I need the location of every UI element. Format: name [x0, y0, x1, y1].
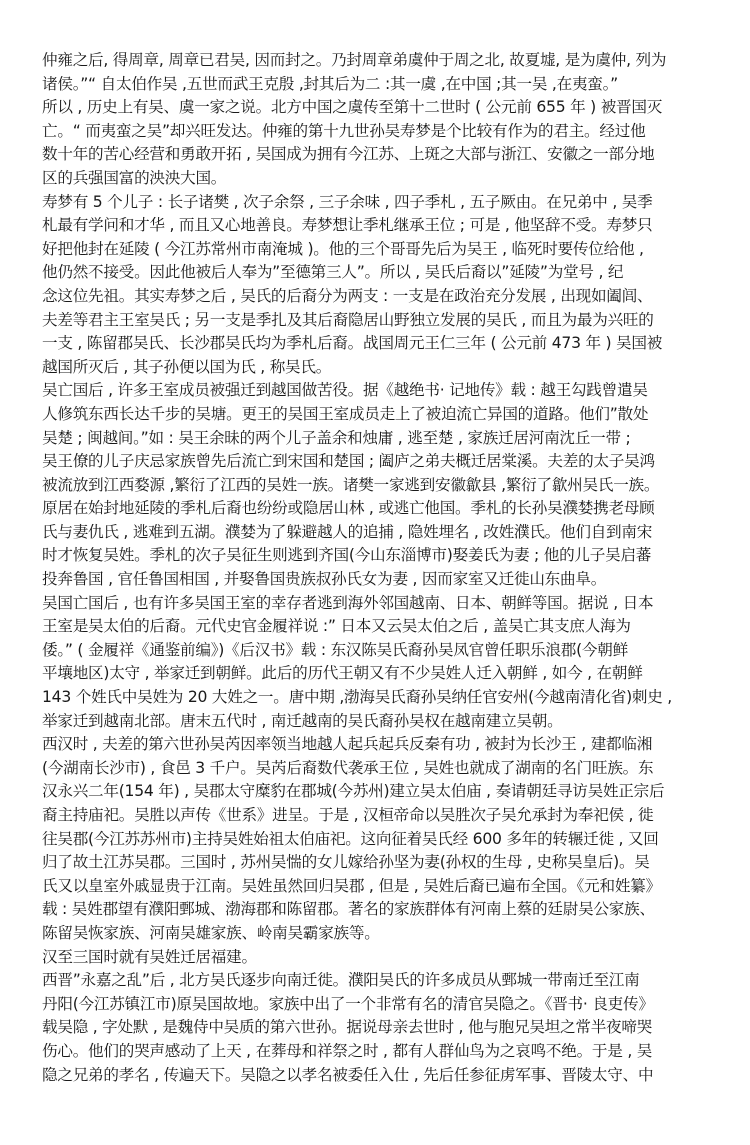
text-line: 王室是吴太伯的后裔。元代史官金履祥说 :” 日本又云吴太伯之后 , 盖吴亡其支庶… — [42, 615, 664, 639]
paragraph-fujian: 汉至三国时就有吴姓迁居福建。 — [42, 946, 664, 970]
text-line: 143 个姓氏中吴姓为 20 大姓之一。唐中期 ,渤海吴氏裔孙吴纳任官安州(今越… — [42, 686, 664, 710]
text-line: (今湖南长沙市) , 食邑 3 千户。吴芮后裔数代袭承王位 , 吴姓也就成了湖南… — [42, 757, 664, 781]
text-line: 西晋”永嘉之乱”后 , 北方吴氏逐步向南迁徙。濮阳吴氏的许多成员从鄄城一带南迁至… — [42, 969, 664, 993]
text-line: 倭。” ( 金履祥《通鉴前编》)《后汉书》载 : 东汉陈吴氏裔孙吴凤官曾任职乐浪… — [42, 639, 664, 663]
text-line: 仲雍之后, 得周章, 周章已君吴, 因而封之。乃封周章弟虞仲于周之北, 故夏墟,… — [42, 49, 664, 73]
text-line: 吴亡国后 , 许多王室成员被强迁到越国做苦役。据《越绝书· 记地传》载 : 越王… — [42, 379, 664, 403]
text-line: 丹阳(今江苏镇江市)原吴国故地。家族中出了一个非常有名的清官吴隐之。《晋书· 良… — [42, 993, 664, 1017]
text-line: 诸侯。”“ 自太伯作吴 ,五世而武王克殷 ,封其后为二 :其一虞 ,在中国 ;其… — [42, 73, 664, 97]
text-line: 归了故土江苏吴郡。三国时 , 苏州吴惴的女儿嫁给孙坚为妻(孙权的生母 , 史称吴… — [42, 851, 664, 875]
text-line: 区的兵强国富的泱泱大国。 — [42, 167, 664, 191]
text-line: 原居在始封地延陵的季札后裔也纷纷或隐居山林 , 或逃亡他国。季札的长孙吴濮婪携老… — [42, 497, 664, 521]
text-line: 吴楚 ; 闽越间。”如 : 吴王余昧的两个儿子盖余和烛庸 , 逃至楚 , 家族迁… — [42, 427, 664, 451]
paragraph-shoumeng-sons: 寿梦有 5 个儿子 : 长子诸樊 , 次子余祭 , 三子余味 , 四子季札 , … — [42, 191, 664, 380]
text-line: 隐之兄弟的孝名 , 传遍天下。吴隐之以孝名被委任入仕 , 先后任参征虏军事、晋陵… — [42, 1064, 664, 1088]
paragraph-after-fall: 吴亡国后 , 许多王室成员被强迁到越国做苦役。据《越绝书· 记地传》载 : 越王… — [42, 379, 664, 591]
paragraph-wu-yu-origin: 仲雍之后, 得周章, 周章已君吴, 因而封之。乃封周章弟虞仲于周之北, 故夏墟,… — [42, 49, 664, 191]
text-line: 时才恢复吴姓。季札的次子吴征生则逃到齐国(今山东淄博市)娶姜氏为妻 ; 他的儿子… — [42, 544, 664, 568]
document-page: 仲雍之后, 得周章, 周章已君吴, 因而封之。乃封周章弟虞仲于周之北, 故夏墟,… — [0, 0, 750, 1145]
text-line: 汉至三国时就有吴姓迁居福建。 — [42, 946, 664, 970]
text-line: 裔主持庙祀。吴胜以声传《世系》进呈。于是 , 汉桓帝命以吴胜次子吴允承封为奉祀侯… — [42, 804, 664, 828]
text-line: 平壤地区)太守 , 举家迁到朝鲜。此后的历代王朝又有不少吴姓人迁入朝鲜 , 如今… — [42, 662, 664, 686]
document-body: 仲雍之后, 得周章, 周章已君吴, 因而封之。乃封周章弟虞仲于周之北, 故夏墟,… — [42, 49, 664, 1087]
text-line: 陈留吴恢家族、河南吴雄家族、岭南吴霸家族等。 — [42, 922, 664, 946]
text-line: 数十年的苦心经营和勇敢开拓 , 吴国成为拥有今江苏、上斑之大部与浙江、安徽之一部… — [42, 143, 664, 167]
text-line: 西汉时 , 夫差的第六世孙吴芮因率领当地越人起兵起兵反秦有功 , 被封为长沙王 … — [42, 733, 664, 757]
text-line: 汉永兴二年(154 年) , 吴郡太守糜豹在郡城(今苏州)建立吴太伯庙 , 奏请… — [42, 780, 664, 804]
text-line: 氏又以皇室外戚显贵于江南。吴姓虽然回归吴郡 , 但是 , 吴姓后裔已遍布全国。《… — [42, 875, 664, 899]
text-line: 人修筑东西长达千步的吴塘。更王的吴国王室成员走上了被迫流亡异国的道路。他们”散处 — [42, 403, 664, 427]
paragraph-western-jin: 西晋”永嘉之乱”后 , 北方吴氏逐步向南迁徙。濮阳吴氏的许多成员从鄄城一带南迁至… — [42, 969, 664, 1087]
text-line: 被流放到江西婺源 ,繁衍了江西的吴姓一族。诸樊一家逃到安徽歙县 ,繁衍了歙州吴氏… — [42, 474, 664, 498]
text-line: 投奔鲁国 , 官任鲁国相国 , 并娶鲁国贵族叔孙氏女为妻 , 因而家室又迁徙山东… — [42, 568, 664, 592]
paragraph-western-han: 西汉时 , 夫差的第六世孙吴芮因率领当地越人起兵起兵反秦有功 , 被封为长沙王 … — [42, 733, 664, 945]
text-line: 夫差等君主王室吴氏 ; 另一支是季扎及其后裔隐居山野独立发展的吴氏 , 而且为最… — [42, 309, 664, 333]
text-line: 举家迁到越南北部。唐末五代时 , 南迁越南的吴氏裔孙吴权在越南建立吴朝。 — [42, 710, 664, 734]
text-line: 载吴隐 , 字处默 , 是魏侍中吴质的第六世孙。据说母亲去世时 , 他与胞兄吴坦… — [42, 1016, 664, 1040]
paragraph-overseas: 吴国亡国后 , 也有许多吴国王室的幸存者逃到海外邻国越南、日本、朝鲜等国。据说 … — [42, 592, 664, 734]
text-line: 一支 , 陈留郡吴氏、长沙郡吴氏均为季札后裔。战国周元王仁三年 ( 公元前 47… — [42, 332, 664, 356]
text-line: 吴国亡国后 , 也有许多吴国王室的幸存者逃到海外邻国越南、日本、朝鲜等国。据说 … — [42, 592, 664, 616]
text-line: 寿梦有 5 个儿子 : 长子诸樊 , 次子余祭 , 三子余味 , 四子季札 , … — [42, 191, 664, 215]
text-line: 往吴郡(今江苏苏州市)主持吴姓始祖太伯庙祀。这向征着吴氏经 600 多年的转辗迁… — [42, 828, 664, 852]
text-line: 他仍然不接受。因此他被后人奉为”至德第三人”。所以 , 吴氏后裔以”延陵”为堂号… — [42, 261, 664, 285]
text-line: 念这位先祖。其实寿梦之后 , 吴氏的后裔分为两支 : 一支是在政治充分发展 , … — [42, 285, 664, 309]
text-line: 吴王僚的儿子庆忌家族曾先后流亡到宋国和楚国 ; 阖庐之弟夫概迁居棠溪。夫差的太子… — [42, 450, 664, 474]
text-line: 载 : 吴姓郡望有濮阳鄄城、渤海郡和陈留郡。著名的家族群体有河南上蔡的廷尉吴公家… — [42, 898, 664, 922]
text-line: 越国所灭后 , 其子孙便以国为氏 , 称吴氏。 — [42, 356, 664, 380]
text-line: 好把他封在延陵 ( 今江苏常州市南淹城 )。他的三个哥哥先后为吴王 , 临死时要… — [42, 238, 664, 262]
text-line: 札最有学问和才华 , 而且又心地善良。寿梦想让季札继承王位 ; 可是 , 他坚辞… — [42, 214, 664, 238]
text-line: 亡。“ 而夷蛮之吴”却兴旺发达。仲雍的第十九世孙吴寿梦是个比较有作为的君主。经过… — [42, 120, 664, 144]
text-line: 所以 , 历史上有吴、虞一家之说。北方中国之虞传至第十二世时 ( 公元前 655… — [42, 96, 664, 120]
text-line: 伤心。他们的哭声感动了上天 , 在葬母和祥祭之时 , 都有人群仙鸟为之哀鸣不绝。… — [42, 1040, 664, 1064]
text-line: 氏与妻仇氏 , 逃难到五湖。濮婪为了躲避越人的追捕 , 隐姓埋名 , 改姓濮氏。… — [42, 521, 664, 545]
